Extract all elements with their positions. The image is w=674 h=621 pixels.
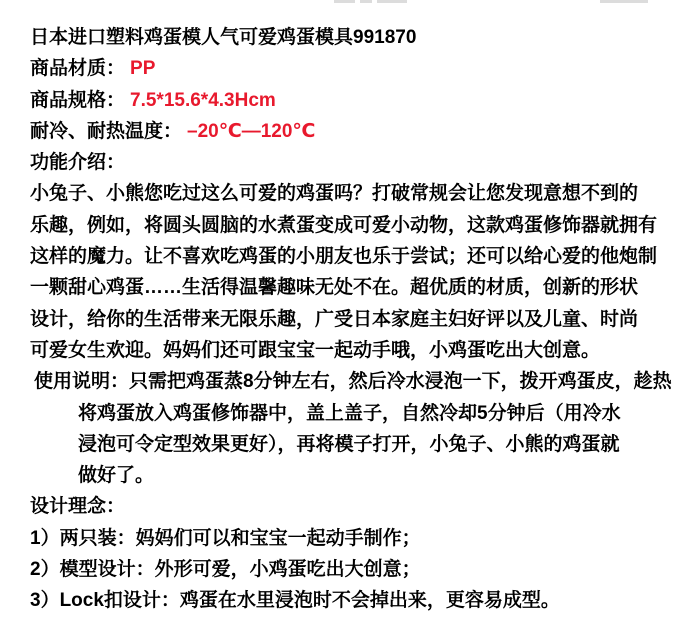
cropped-text-fragment [377,0,407,3]
product-title: 日本进口塑料鸡蛋模人气可爱鸡蛋模具991870 [30,22,666,53]
design-item: 3）Lock扣设计：鸡蛋在水里浸泡时不会掉出来，更容易成型。 [30,585,666,616]
features-text-line: 可爱女生欢迎。妈妈们还可跟宝宝一起动手哦，小鸡蛋吃出大创意。 [30,335,666,366]
spec-size-row: 商品规格：7.5*15.6*4.3Hcm [30,85,666,116]
cropped-text-fragment [600,0,648,3]
usage-first-line: 使用说明：只需把鸡蛋蒸8分钟左右，然后冷水浸泡一下，拨开鸡蛋皮，趁热 [34,366,666,397]
cropped-text-fragment [334,0,355,3]
product-description-page: 日本进口塑料鸡蛋模人气可爱鸡蛋模具991870 商品材质：PP 商品规格：7.5… [0,0,674,621]
features-text-line: 这样的魔力。让不喜欢吃鸡蛋的小朋友也乐于尝试；还可以给心爱的他炮制 [30,241,666,272]
design-heading: 设计理念： [30,491,666,522]
spec-temperature-label: 耐冷、耐热温度： [30,121,182,142]
design-item: 1）两只装：妈妈们可以和宝宝一起动手制作； [30,523,666,554]
spec-material-label: 商品材质： [30,58,125,79]
features-text-line: 一颗甜心鸡蛋……生活得温馨趣味无处不在。超优质的材质，创新的形状 [30,272,666,303]
spec-size-label: 商品规格： [30,90,125,111]
usage-text-line: 做好了。 [78,460,666,491]
spec-temperature-value: –20℃—120℃ [187,121,315,142]
spec-material-row: 商品材质：PP [30,53,666,84]
usage-text: 只需把鸡蛋蒸8分钟左右，然后冷水浸泡一下，拨开鸡蛋皮，趁热 [129,371,672,392]
usage-text-line: 浸泡可令定型效果更好），再将模子打开，小兔子、小熊的鸡蛋就 [78,429,666,460]
features-heading: 功能介绍： [30,147,666,178]
cropped-text-fragment [360,0,372,3]
spec-temperature-row: 耐冷、耐热温度：–20℃—120℃ [30,116,666,147]
features-text-line: 乐趣，例如，将圆头圆脑的水煮蛋变成可爱小动物，这款鸡蛋修饰器就拥有 [30,210,666,241]
features-text-line: 小兔子、小熊您吃过这么可爱的鸡蛋吗？打破常规会让您发现意想不到的 [30,178,666,209]
features-text-line: 设计，给你的生活带来无限乐趣，广受日本家庭主妇好评以及儿童、时尚 [30,304,666,335]
spec-material-value: PP [130,58,155,79]
usage-text-line: 将鸡蛋放入鸡蛋修饰器中，盖上盖子，自然冷却5分钟后（用冷水 [78,398,666,429]
spec-size-value: 7.5*15.6*4.3Hcm [130,90,276,111]
usage-label: 使用说明： [34,371,129,392]
design-item: 2）模型设计：外形可爱，小鸡蛋吃出大创意； [30,554,666,585]
